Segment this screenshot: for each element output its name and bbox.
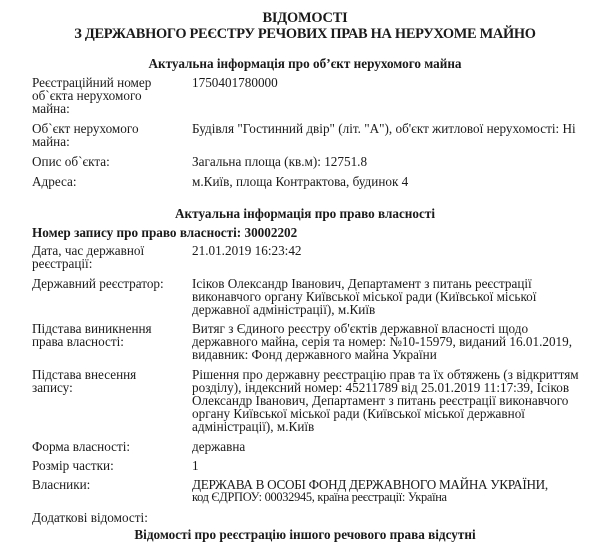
field-value: Рішення про державну реєстрацію прав та … <box>192 368 592 433</box>
field-label: Підстава виникнення права власності: <box>32 322 182 348</box>
field-label: Державний реєстратор: <box>32 277 182 290</box>
field-label: Розмір частки: <box>32 459 182 472</box>
field-label: Адреса: <box>32 175 182 188</box>
title-line-2: З ДЕРЖАВНОГО РЕЄСТРУ РЕЧОВИХ ПРАВ НА НЕР… <box>0 26 610 42</box>
ownership-section-heading: Актуальна інформація про право власності <box>0 207 610 221</box>
field-value: Загальна площа (кв.м): 12751.8 <box>192 155 592 168</box>
field-label: Додаткові відомості: <box>32 511 182 524</box>
ownership-record-number: Номер запису про право власності: 300022… <box>32 226 297 240</box>
field-label: Підстава внесення запису: <box>32 368 182 394</box>
field-value: 1 <box>192 459 592 472</box>
document-title: ВІДОМОСТІ З ДЕРЖАВНОГО РЕЄСТРУ РЕЧОВИХ П… <box>0 10 610 42</box>
field-value: 21.01.2019 16:23:42 <box>192 244 592 257</box>
field-value: Витяг з Єдиного реєстру об'єктів державн… <box>192 322 592 361</box>
field-value: Будівля "Гостинний двір" (літ. "А"), об'… <box>192 122 592 135</box>
field-label: Опис об`єкта: <box>32 155 182 168</box>
title-line-1: ВІДОМОСТІ <box>0 10 610 26</box>
field-value: 1750401780000 <box>192 76 592 89</box>
field-value: м.Київ, площа Контрактова, будинок 4 <box>192 175 592 188</box>
other-rights-heading: Відомості про реєстрацію іншого речового… <box>0 528 610 542</box>
field-label: Форма власності: <box>32 440 182 453</box>
field-label: Власники: <box>32 478 182 491</box>
field-label: Реєстраційний номер об`єкта нерухомого м… <box>32 76 182 115</box>
field-label: Дата, час державної реєстрації: <box>32 244 182 270</box>
field-label: Об`єкт нерухомого майна: <box>32 122 182 148</box>
field-value: ДЕРЖАВА В ОСОБІ ФОНД ДЕРЖАВНОГО МАЙНА УК… <box>192 478 592 504</box>
field-value: Ісіков Олександр Іванович, Департамент з… <box>192 277 592 316</box>
object-section-heading: Актуальна інформація про об’єкт нерухомо… <box>0 57 610 71</box>
field-value: державна <box>192 440 592 453</box>
